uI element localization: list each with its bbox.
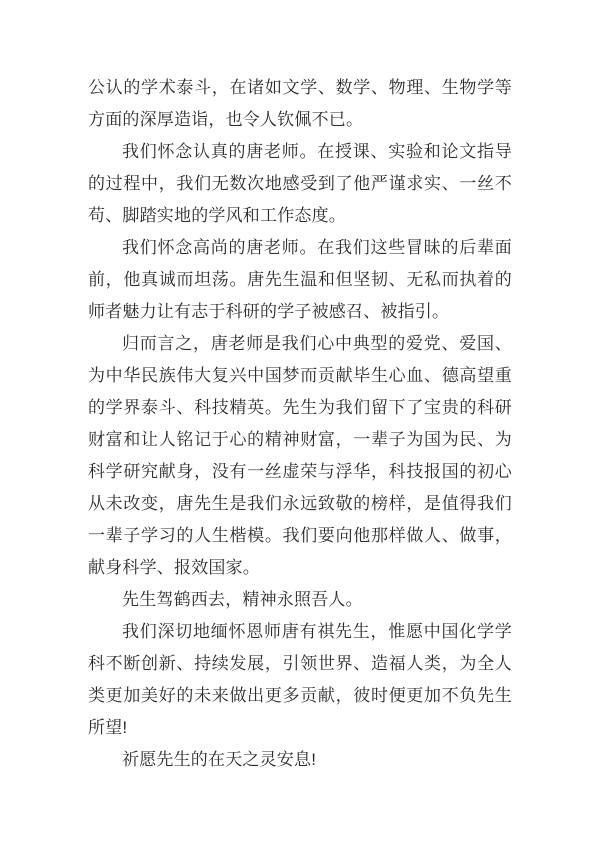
paragraph: 公认的学术泰斗，在诸如文学、数学、物理、生物学等方面的深厚造诣，也令人钦佩不已。 — [88, 72, 512, 136]
paragraph: 祈愿先生的在天之灵安息! — [88, 744, 512, 776]
paragraph: 我们深切地缅怀恩师唐有祺先生，惟愿中国化学学科不断创新、持续发展，引领世界、造福… — [88, 616, 512, 744]
paragraph: 我们怀念高尚的唐老师。在我们这些冒昧的后辈面前，他真诚而坦荡。唐先生温和但坚韧、… — [88, 232, 512, 328]
paragraph: 归而言之，唐老师是我们心中典型的爱党、爱国、为中华民族伟大复兴中国梦而贡献毕生心… — [88, 328, 512, 584]
paragraph: 我们怀念认真的唐老师。在授课、实验和论文指导的过程中，我们无数次地感受到了他严谨… — [88, 136, 512, 232]
document-page: 公认的学术泰斗，在诸如文学、数学、物理、生物学等方面的深厚造诣，也令人钦佩不已。… — [0, 0, 599, 847]
paragraph: 先生驾鹤西去，精神永照吾人。 — [88, 584, 512, 616]
